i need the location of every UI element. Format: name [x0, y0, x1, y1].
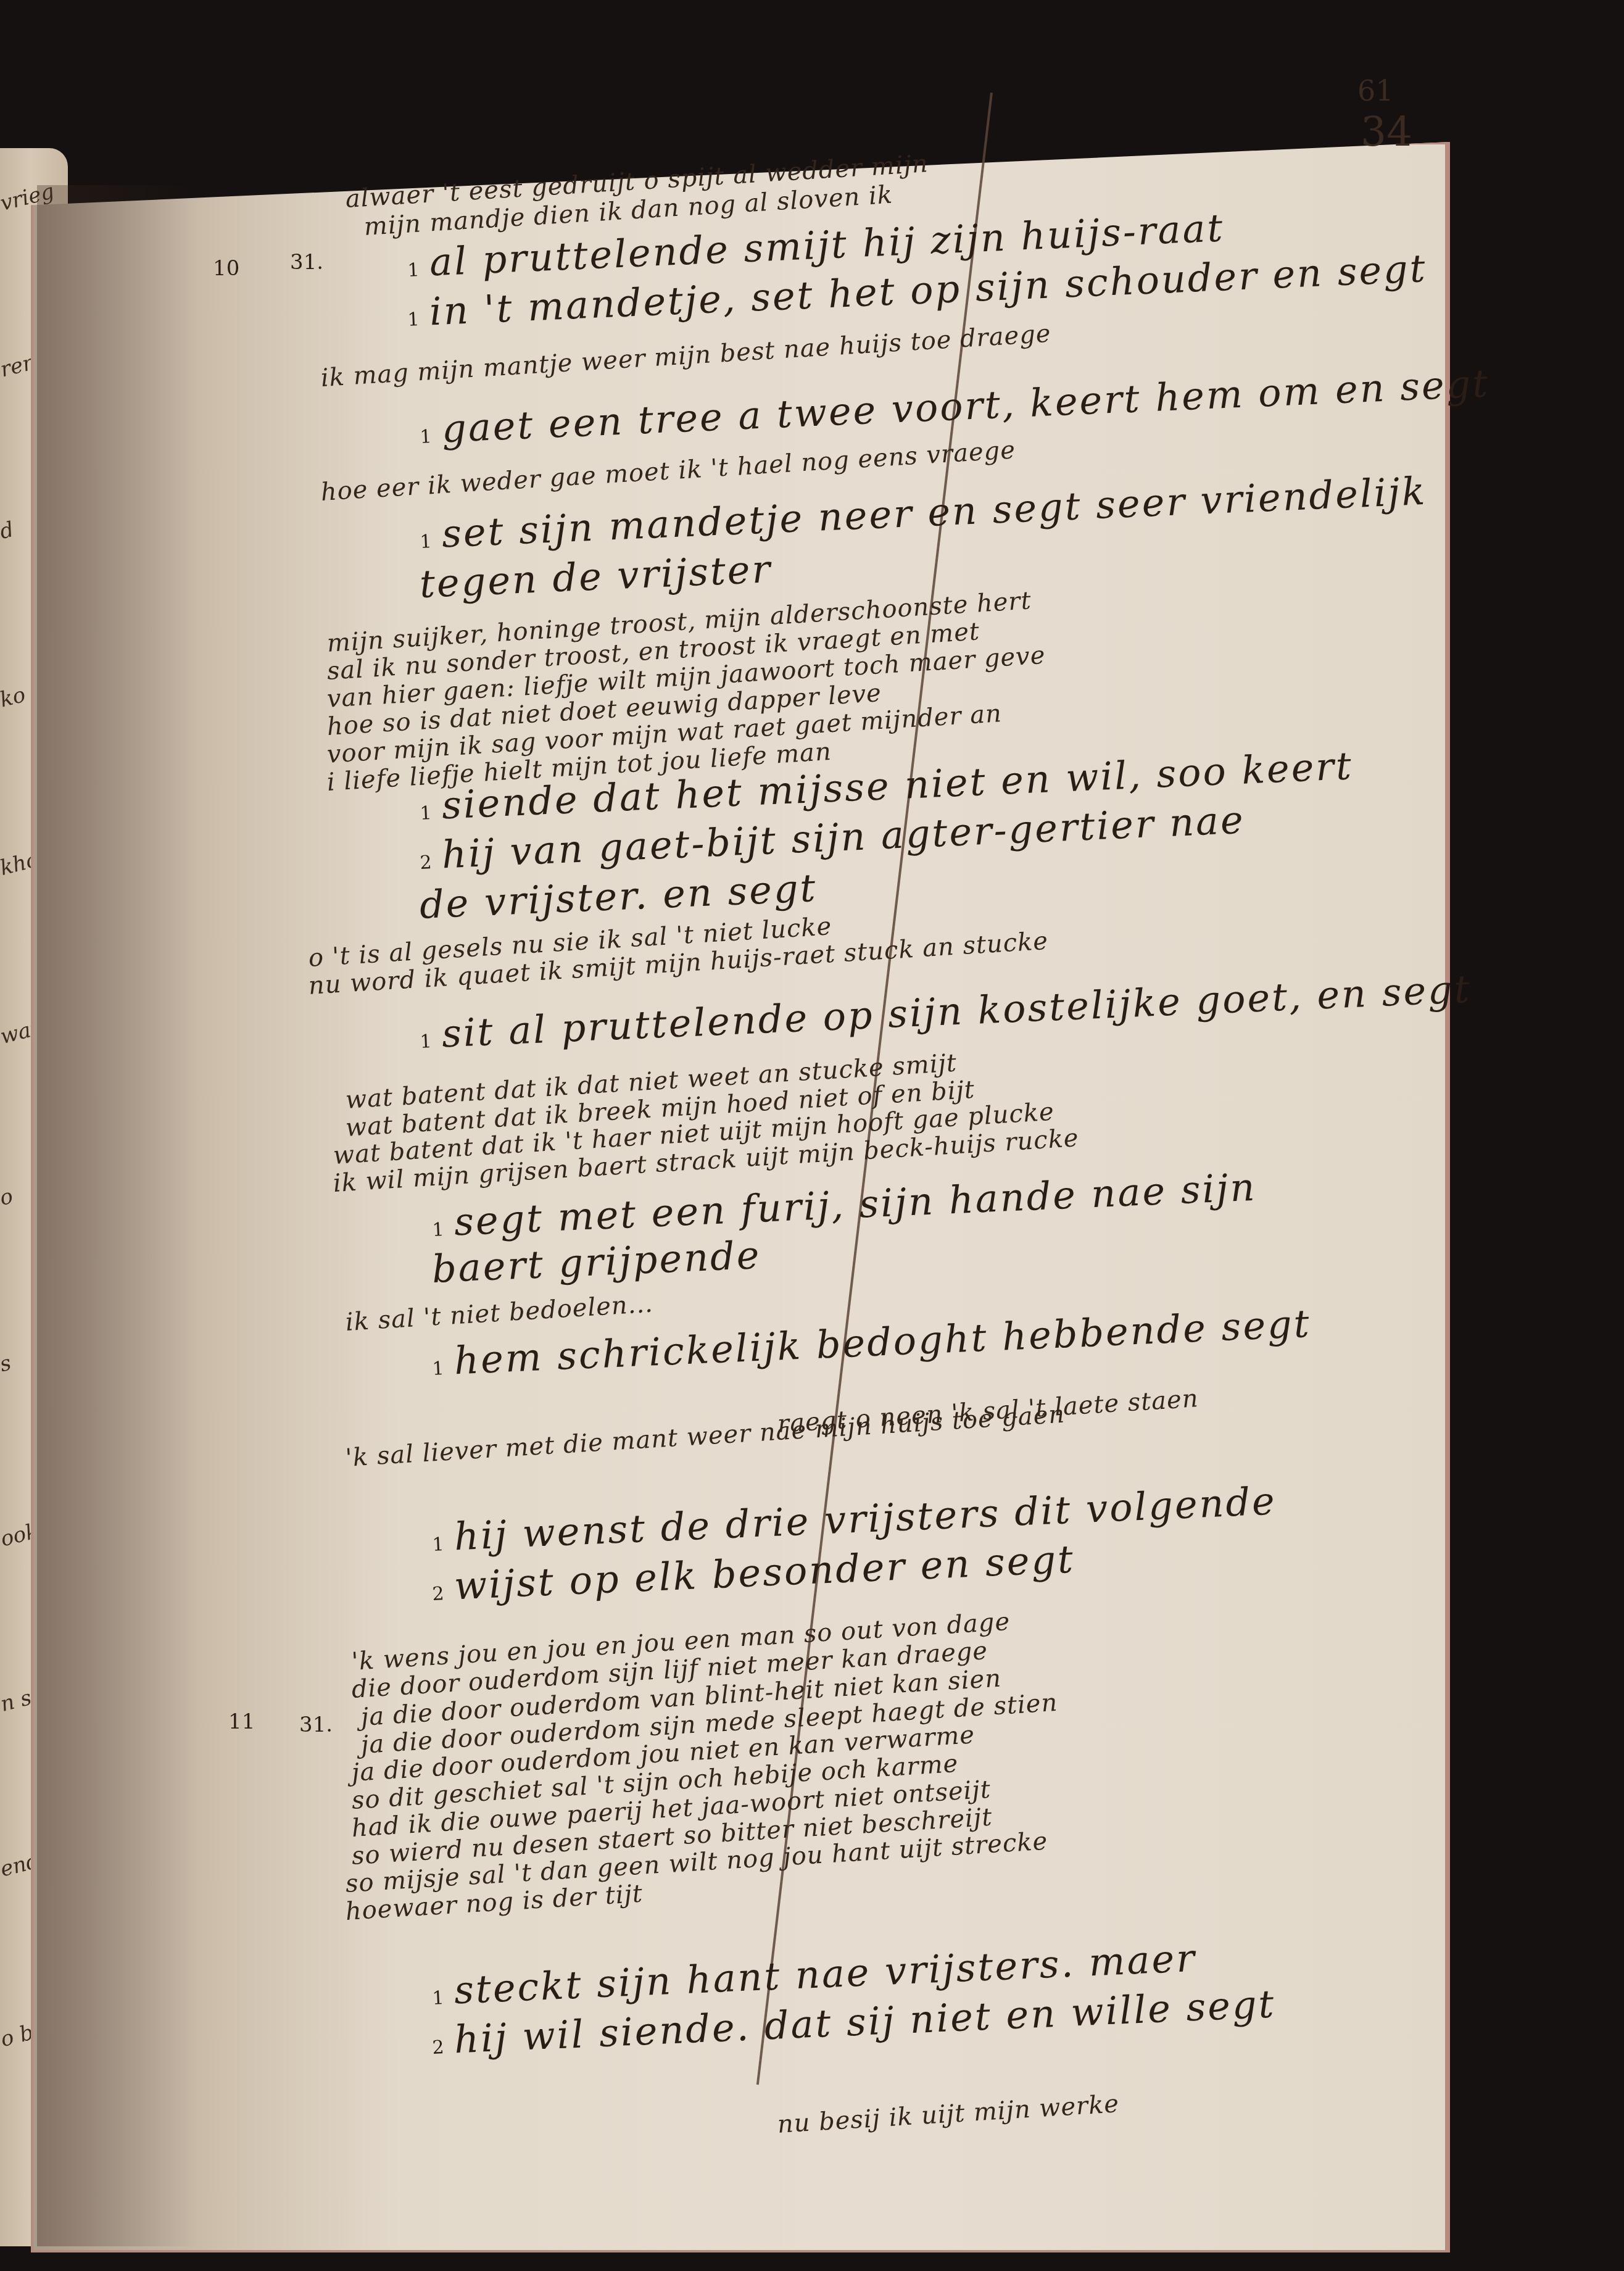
- margin-marker: 31.: [299, 1713, 333, 1737]
- line-number: 1: [407, 259, 422, 281]
- line-number: 1: [420, 426, 434, 448]
- facing-page-fragment: ko: [0, 683, 28, 713]
- line-number: 1: [432, 1219, 447, 1241]
- line-number: 1: [420, 531, 434, 553]
- margin-marker: 11: [228, 1709, 255, 1734]
- facing-page-fragment: s: [0, 1350, 14, 1377]
- margin-marker: 10: [213, 256, 239, 281]
- line-number: 1: [432, 1987, 447, 2009]
- facing-page-fragment: d: [0, 517, 16, 544]
- folio-number-top: 61: [1357, 74, 1394, 107]
- line-number: 2: [432, 2036, 447, 2059]
- line-number: 1: [407, 309, 422, 331]
- line-number: 2: [420, 852, 434, 874]
- line-number: 1: [432, 1534, 447, 1556]
- folio-number-bottom: 34: [1361, 108, 1412, 156]
- spine-shadow: [37, 185, 197, 2246]
- margin-marker: 31.: [290, 250, 323, 275]
- line-number: 2: [432, 1583, 447, 1605]
- facing-page-fragment: o: [0, 1184, 15, 1211]
- line-number: 1: [420, 802, 434, 824]
- line-number: 1: [420, 1031, 434, 1053]
- line-number: 1: [432, 1358, 447, 1380]
